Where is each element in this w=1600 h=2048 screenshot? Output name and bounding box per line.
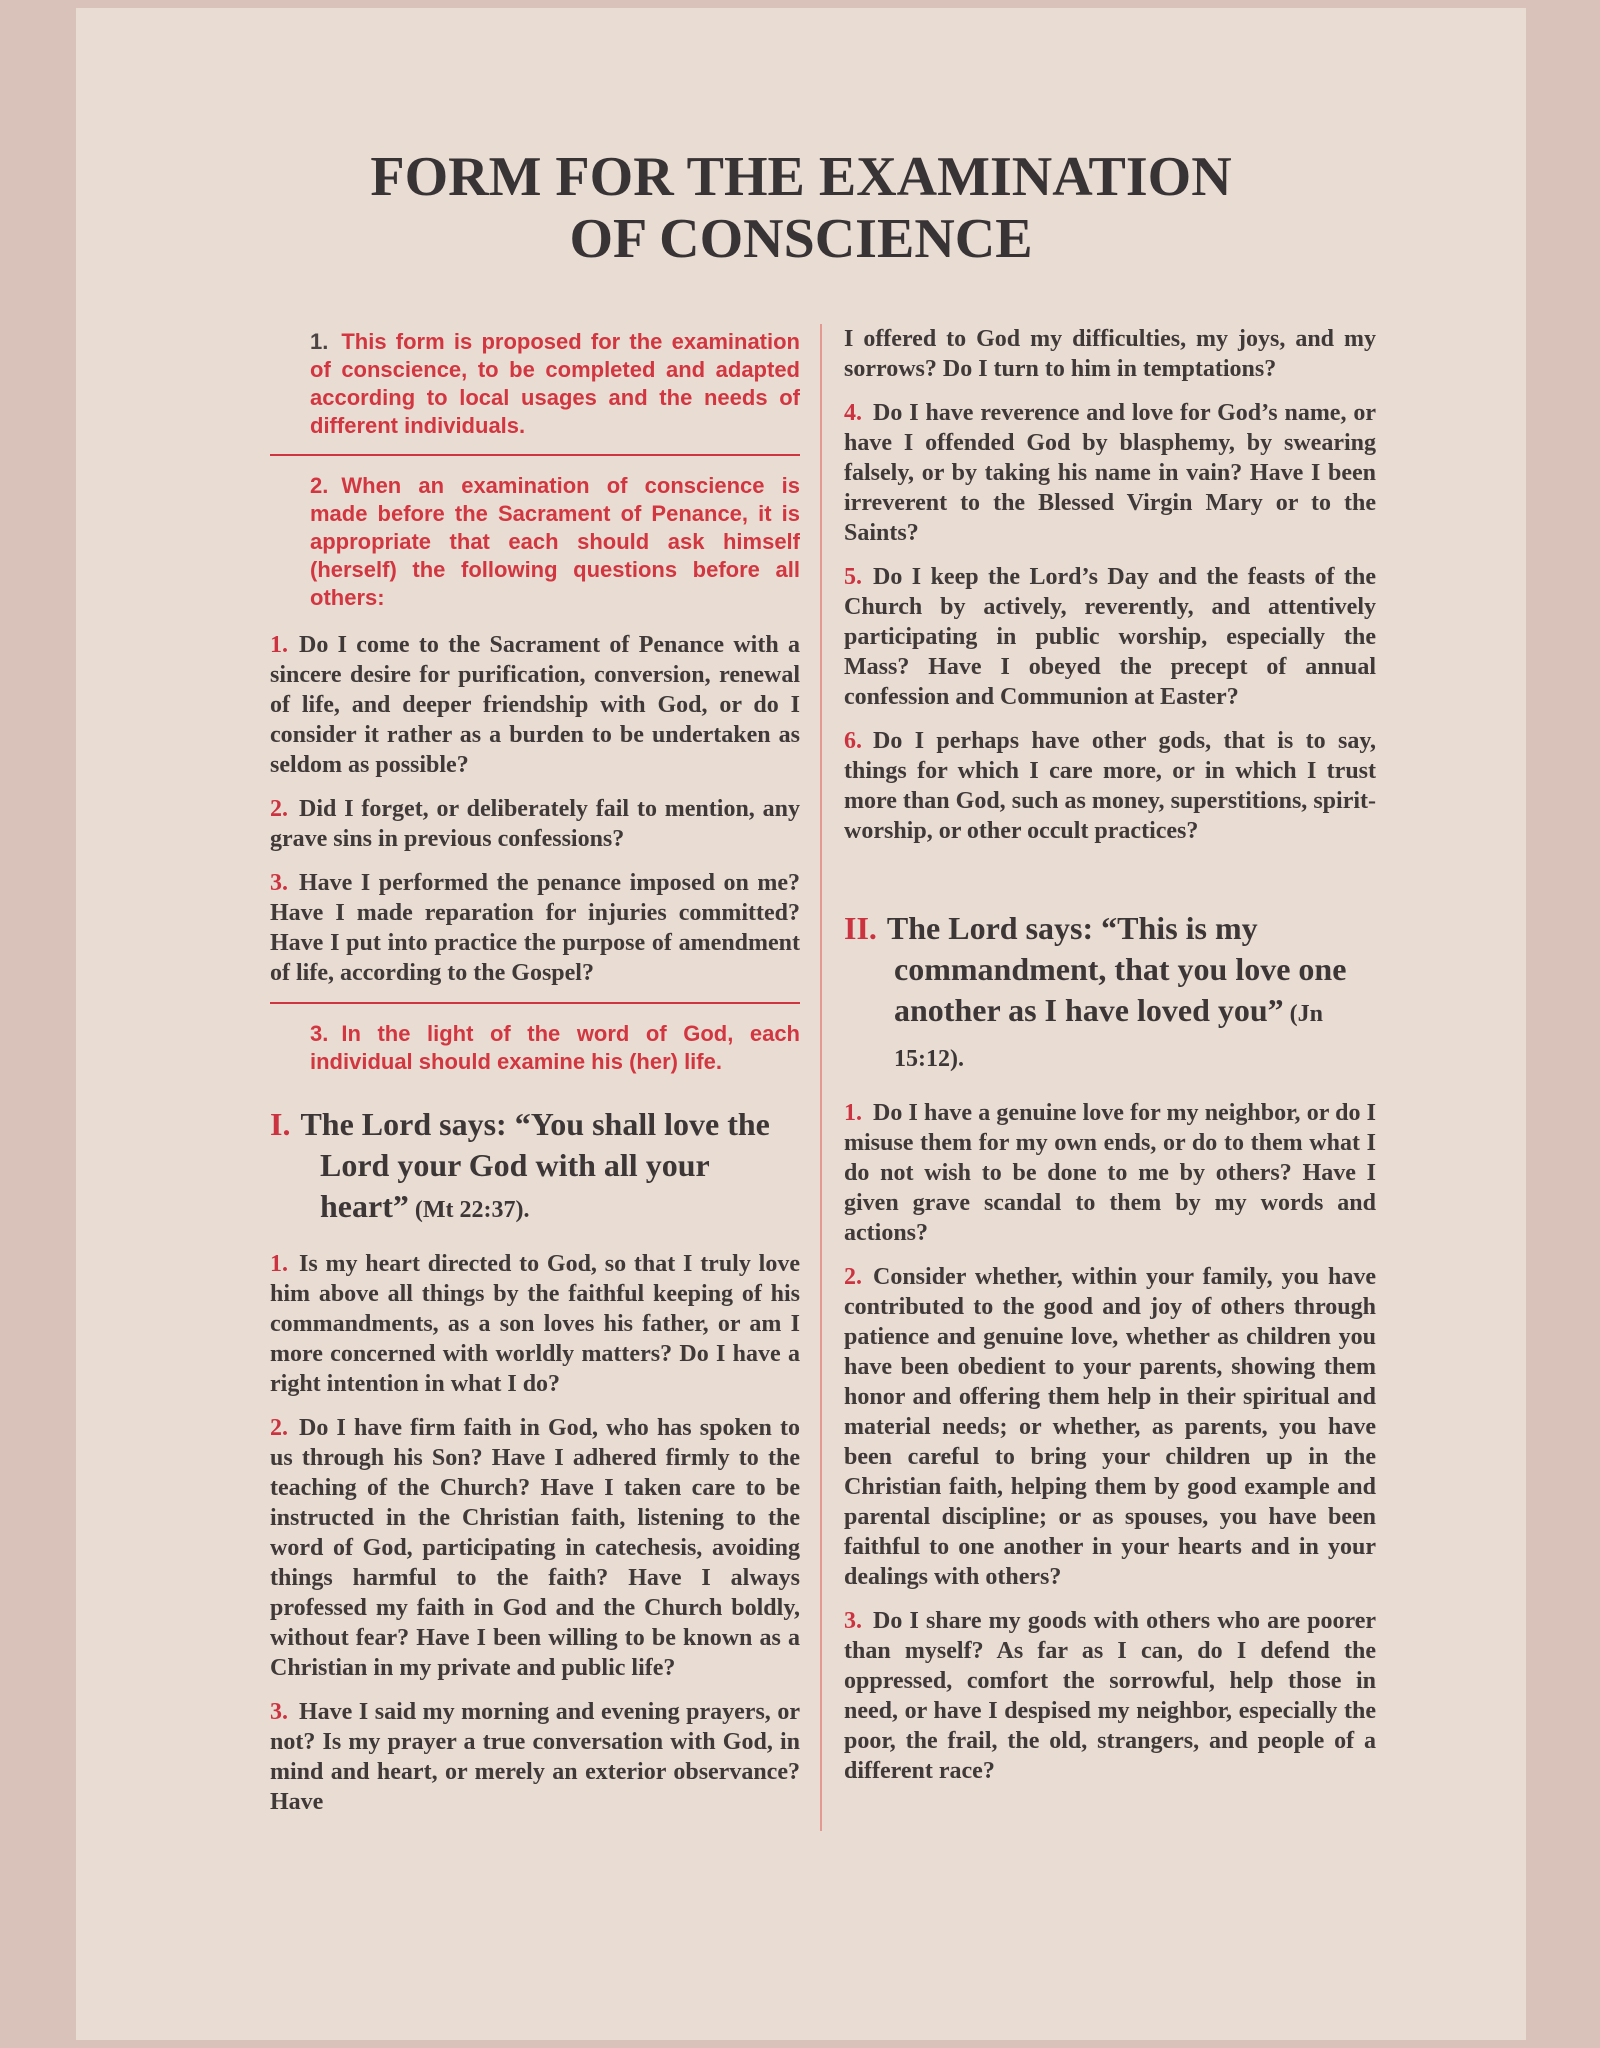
section-numeral: II. [844,910,877,946]
question-text: Do I keep the Lord’s Day and the feasts … [844,564,1376,710]
scripture-reference: (Mt 22:37). [415,1197,530,1223]
question-number: 1. [270,1251,288,1277]
section-numeral: I. [270,1106,290,1142]
question-number: 2. [270,1415,288,1441]
question-number: 3. [270,870,288,896]
question-number: 1. [270,632,288,658]
rubric-paragraph-2: 2.When an examination of conscience is m… [270,472,800,612]
rubric-number: 2. [310,473,328,498]
question-text: Have I performed the penance imposed on … [270,870,800,986]
rubric-text: When an examination of conscience is mad… [310,473,800,610]
question-number: 5. [844,564,862,590]
page-title: FORM FOR THE EXAMINATION OF CONSCIENCE [76,146,1526,270]
question-item-6: 6.Do I perhaps have other gods, that is … [844,726,1376,846]
question-item-2: 2.Did I forget, or deliberately fail to … [270,794,800,854]
page-sheet: FORM FOR THE EXAMINATION OF CONSCIENCE 1… [76,8,1526,2040]
rubric-paragraph-3: 3.In the light of the word of God, each … [270,1020,800,1076]
question-item-3: 3.Have I performed the penance imposed o… [270,868,800,988]
question-text: Do I perhaps have other gods, that is to… [844,728,1376,844]
right-column: I offered to God my difficulties, my joy… [822,324,1376,1831]
section1-question-2: 2.Do I have firm faith in God, who has s… [270,1413,800,1683]
question-text: Have I said my morning and evening praye… [270,1699,800,1815]
page-background: FORM FOR THE EXAMINATION OF CONSCIENCE 1… [0,0,1600,2048]
section2-question-1: 1.Do I have a genuine love for my neighb… [844,1098,1376,1248]
section1-question-1: 1.Is my heart directed to God, so that I… [270,1249,800,1399]
page-title-line-2: OF CONSCIENCE [76,208,1526,270]
question-text: Do I have firm faith in God, who has spo… [270,1415,800,1681]
section-text: The Lord says: “You shall love the Lord … [300,1106,769,1224]
section1-question-3: 3.Have I said my morning and evening pra… [270,1697,800,1817]
question-text: Do I share my goods with others who are … [844,1608,1376,1784]
question-number: 1. [844,1100,862,1126]
rubric-text: In the light of the word of God, each in… [310,1021,800,1074]
rubric-paragraph-1: 1.This form is proposed for the examinat… [270,328,800,440]
question-number: 6. [844,728,862,754]
question-item-5: 5.Do I keep the Lord’s Day and the feast… [844,562,1376,712]
page-title-line-1: FORM FOR THE EXAMINATION [76,146,1526,208]
red-rule-divider [270,454,800,456]
section-text: The Lord says: “This is my commandment, … [887,910,1347,1028]
question-text: Do I have a genuine love for my neighbor… [844,1100,1376,1246]
section-heading-2: II.The Lord says: “This is my commandmen… [844,908,1376,1080]
continuation-paragraph: I offered to God my difficulties, my joy… [844,324,1376,384]
question-item-4: 4.Do I have reverence and love for God’s… [844,398,1376,548]
question-text: Consider whether, within your family, yo… [844,1264,1376,1590]
two-column-layout: 1.This form is proposed for the examinat… [270,324,1376,1831]
rubric-text: This form is proposed for the examinatio… [310,329,800,438]
question-item-1: 1.Do I come to the Sacrament of Penance … [270,630,800,780]
question-text: I offered to God my difficulties, my joy… [844,326,1376,382]
red-rule-divider [270,1002,800,1004]
section2-question-3: 3.Do I share my goods with others who ar… [844,1606,1376,1786]
question-number: 3. [844,1608,862,1634]
question-text: Did I forget, or deliberately fail to me… [270,796,800,852]
question-number: 3. [270,1699,288,1725]
question-text: Do I come to the Sacrament of Penance wi… [270,632,800,778]
question-text: Do I have reverence and love for God’s n… [844,400,1376,546]
rubric-number: 3. [310,1021,328,1046]
question-number: 2. [270,796,288,822]
question-number: 4. [844,400,862,426]
section-heading-1: I.The Lord says: “You shall love the Lor… [270,1104,800,1231]
section2-question-2: 2.Consider whether, within your family, … [844,1262,1376,1592]
question-number: 2. [844,1264,862,1290]
rubric-number: 1. [310,329,328,354]
left-column: 1.This form is proposed for the examinat… [270,324,820,1831]
question-text: Is my heart directed to God, so that I t… [270,1251,800,1397]
